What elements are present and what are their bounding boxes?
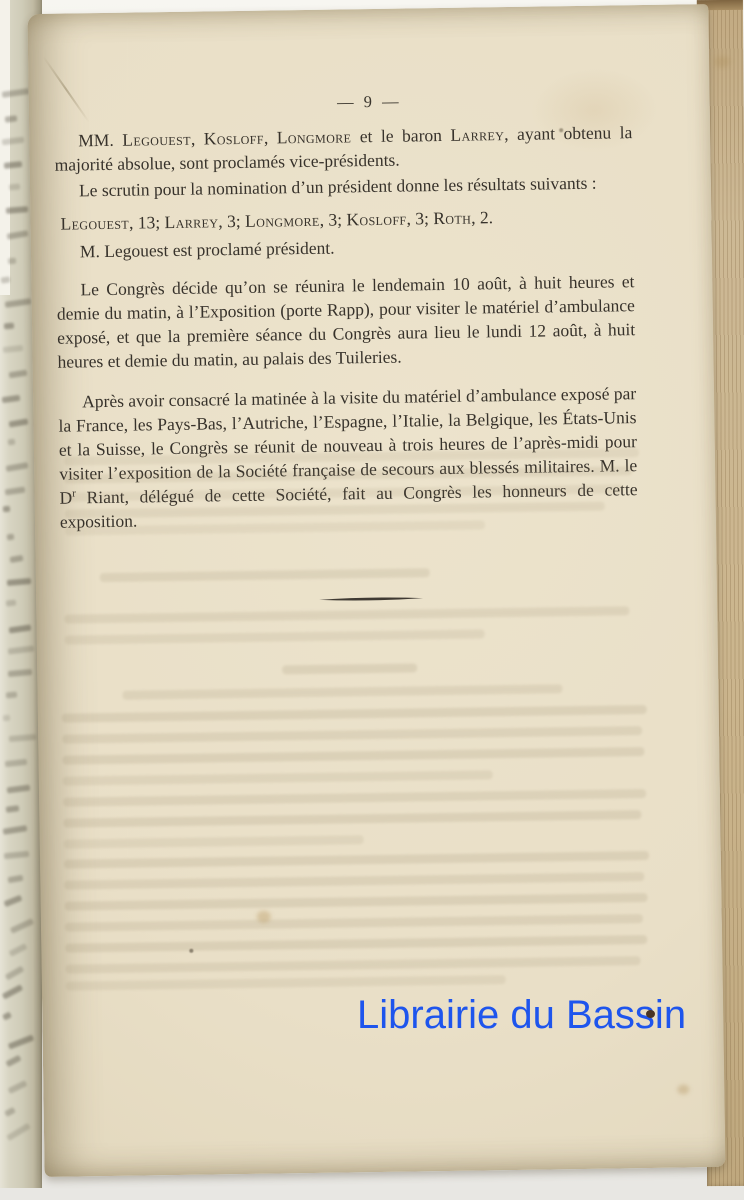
show-through-line — [64, 872, 644, 890]
show-through-mark — [5, 759, 27, 767]
show-through-line — [100, 568, 430, 582]
show-through-mark — [8, 624, 30, 633]
show-through-mark — [8, 875, 24, 883]
person-name: Legouest — [60, 213, 129, 234]
paragraph: Legouest, 13; Larrey, 3; Longmore, 3; Ko… — [55, 203, 633, 236]
show-through-mark — [10, 555, 23, 563]
show-through-mark — [10, 918, 34, 933]
show-through-mark — [8, 669, 33, 677]
show-through-mark — [2, 715, 10, 722]
show-through-mark — [3, 161, 21, 169]
person-name: Kosloff — [346, 209, 406, 230]
paper-stain — [677, 1084, 689, 1094]
text-run: , 2. — [471, 207, 493, 227]
text-run: et le baron — [351, 125, 450, 146]
show-through-line — [62, 747, 644, 765]
show-through-mark — [4, 851, 30, 859]
show-through-mark — [5, 299, 32, 309]
show-through-line — [66, 975, 506, 991]
show-through-mark — [7, 1080, 27, 1094]
page-stack-sliver — [0, 0, 10, 295]
show-through-mark — [6, 599, 17, 606]
show-through-mark — [4, 1107, 15, 1117]
show-through-line — [122, 684, 562, 700]
show-through-mark — [5, 486, 26, 495]
book-photo: — 9 — MM. Legouest, Kosloff, Longmore et… — [0, 0, 744, 1200]
show-through-line — [62, 726, 642, 744]
text-run: , — [264, 127, 277, 147]
text-run: Le scrutin pour la nomination d’un prési… — [79, 173, 597, 201]
show-through-mark — [2, 1011, 12, 1020]
paper-speck — [646, 1010, 655, 1018]
paper-speck — [559, 128, 563, 132]
text-run: , 3; — [406, 208, 433, 228]
show-through-mark — [6, 1123, 30, 1141]
paragraph: M. Legouest est proclamé président. — [56, 231, 634, 264]
show-through-mark — [2, 985, 23, 1000]
show-through-mark — [9, 734, 36, 742]
show-through-mark — [5, 116, 17, 123]
text-run: Le Congrès décide qu’on se réunira le le… — [57, 271, 636, 372]
person-name: Kosloff — [204, 128, 264, 149]
bookseller-watermark: Librairie du Bassin — [357, 995, 686, 1035]
show-through-line — [65, 629, 485, 644]
show-through-mark — [2, 395, 20, 403]
show-through-mark — [6, 578, 30, 586]
person-name: Longmore — [277, 126, 352, 147]
page-number-header: — 9 — — [27, 4, 709, 117]
show-through-line — [63, 789, 646, 807]
person-name: Larrey — [164, 211, 218, 232]
show-through-mark — [3, 825, 27, 835]
show-through-mark — [3, 506, 11, 512]
show-through-mark — [8, 439, 16, 446]
person-name: Longmore — [245, 210, 320, 231]
show-through-line — [64, 835, 364, 848]
show-through-mark — [6, 533, 14, 540]
show-through-line — [66, 956, 641, 974]
show-through-line — [282, 663, 417, 674]
show-through-mark — [6, 462, 29, 472]
paragraph: Le Congrès décide qu’on se réunira le le… — [56, 269, 635, 374]
person-name: Roth — [433, 208, 471, 229]
show-through-line — [63, 810, 641, 828]
person-name: Legouest — [122, 129, 191, 150]
show-through-mark — [2, 137, 25, 146]
show-through-mark — [8, 418, 28, 427]
show-through-mark — [5, 691, 16, 698]
show-through-line — [62, 705, 647, 723]
text-run: M. Legouest est proclamé président. — [80, 238, 335, 262]
show-through-mark — [4, 895, 23, 907]
show-through-mark — [2, 345, 22, 353]
show-through-mark — [9, 943, 28, 957]
paper-speck — [189, 949, 193, 953]
text-run: MM. — [78, 130, 122, 151]
show-through-mark — [7, 785, 31, 794]
show-through-line — [65, 893, 648, 911]
show-through-mark — [5, 1055, 21, 1067]
show-through-mark — [8, 1035, 35, 1050]
show-through-mark — [4, 965, 24, 980]
show-through-mark — [7, 645, 34, 654]
person-name: Larrey — [450, 124, 504, 145]
text-run: , 3; — [319, 209, 346, 229]
show-through-line — [63, 770, 493, 785]
show-through-line — [64, 851, 649, 869]
show-through-mark — [9, 370, 28, 379]
show-through-line — [65, 935, 647, 953]
show-through-mark — [9, 184, 20, 191]
show-through-mark — [6, 206, 29, 214]
show-through-mark — [6, 806, 19, 814]
swelled-rule — [319, 595, 423, 603]
text-run: , — [191, 129, 204, 149]
paragraph: MM. Legouest, Kosloff, Longmore et le ba… — [54, 120, 633, 177]
text-run: , 13; — [129, 212, 165, 233]
text-run: , 3; — [218, 211, 245, 231]
show-through-line — [65, 914, 643, 932]
show-through-mark — [4, 322, 14, 329]
show-through-mark — [8, 258, 16, 265]
